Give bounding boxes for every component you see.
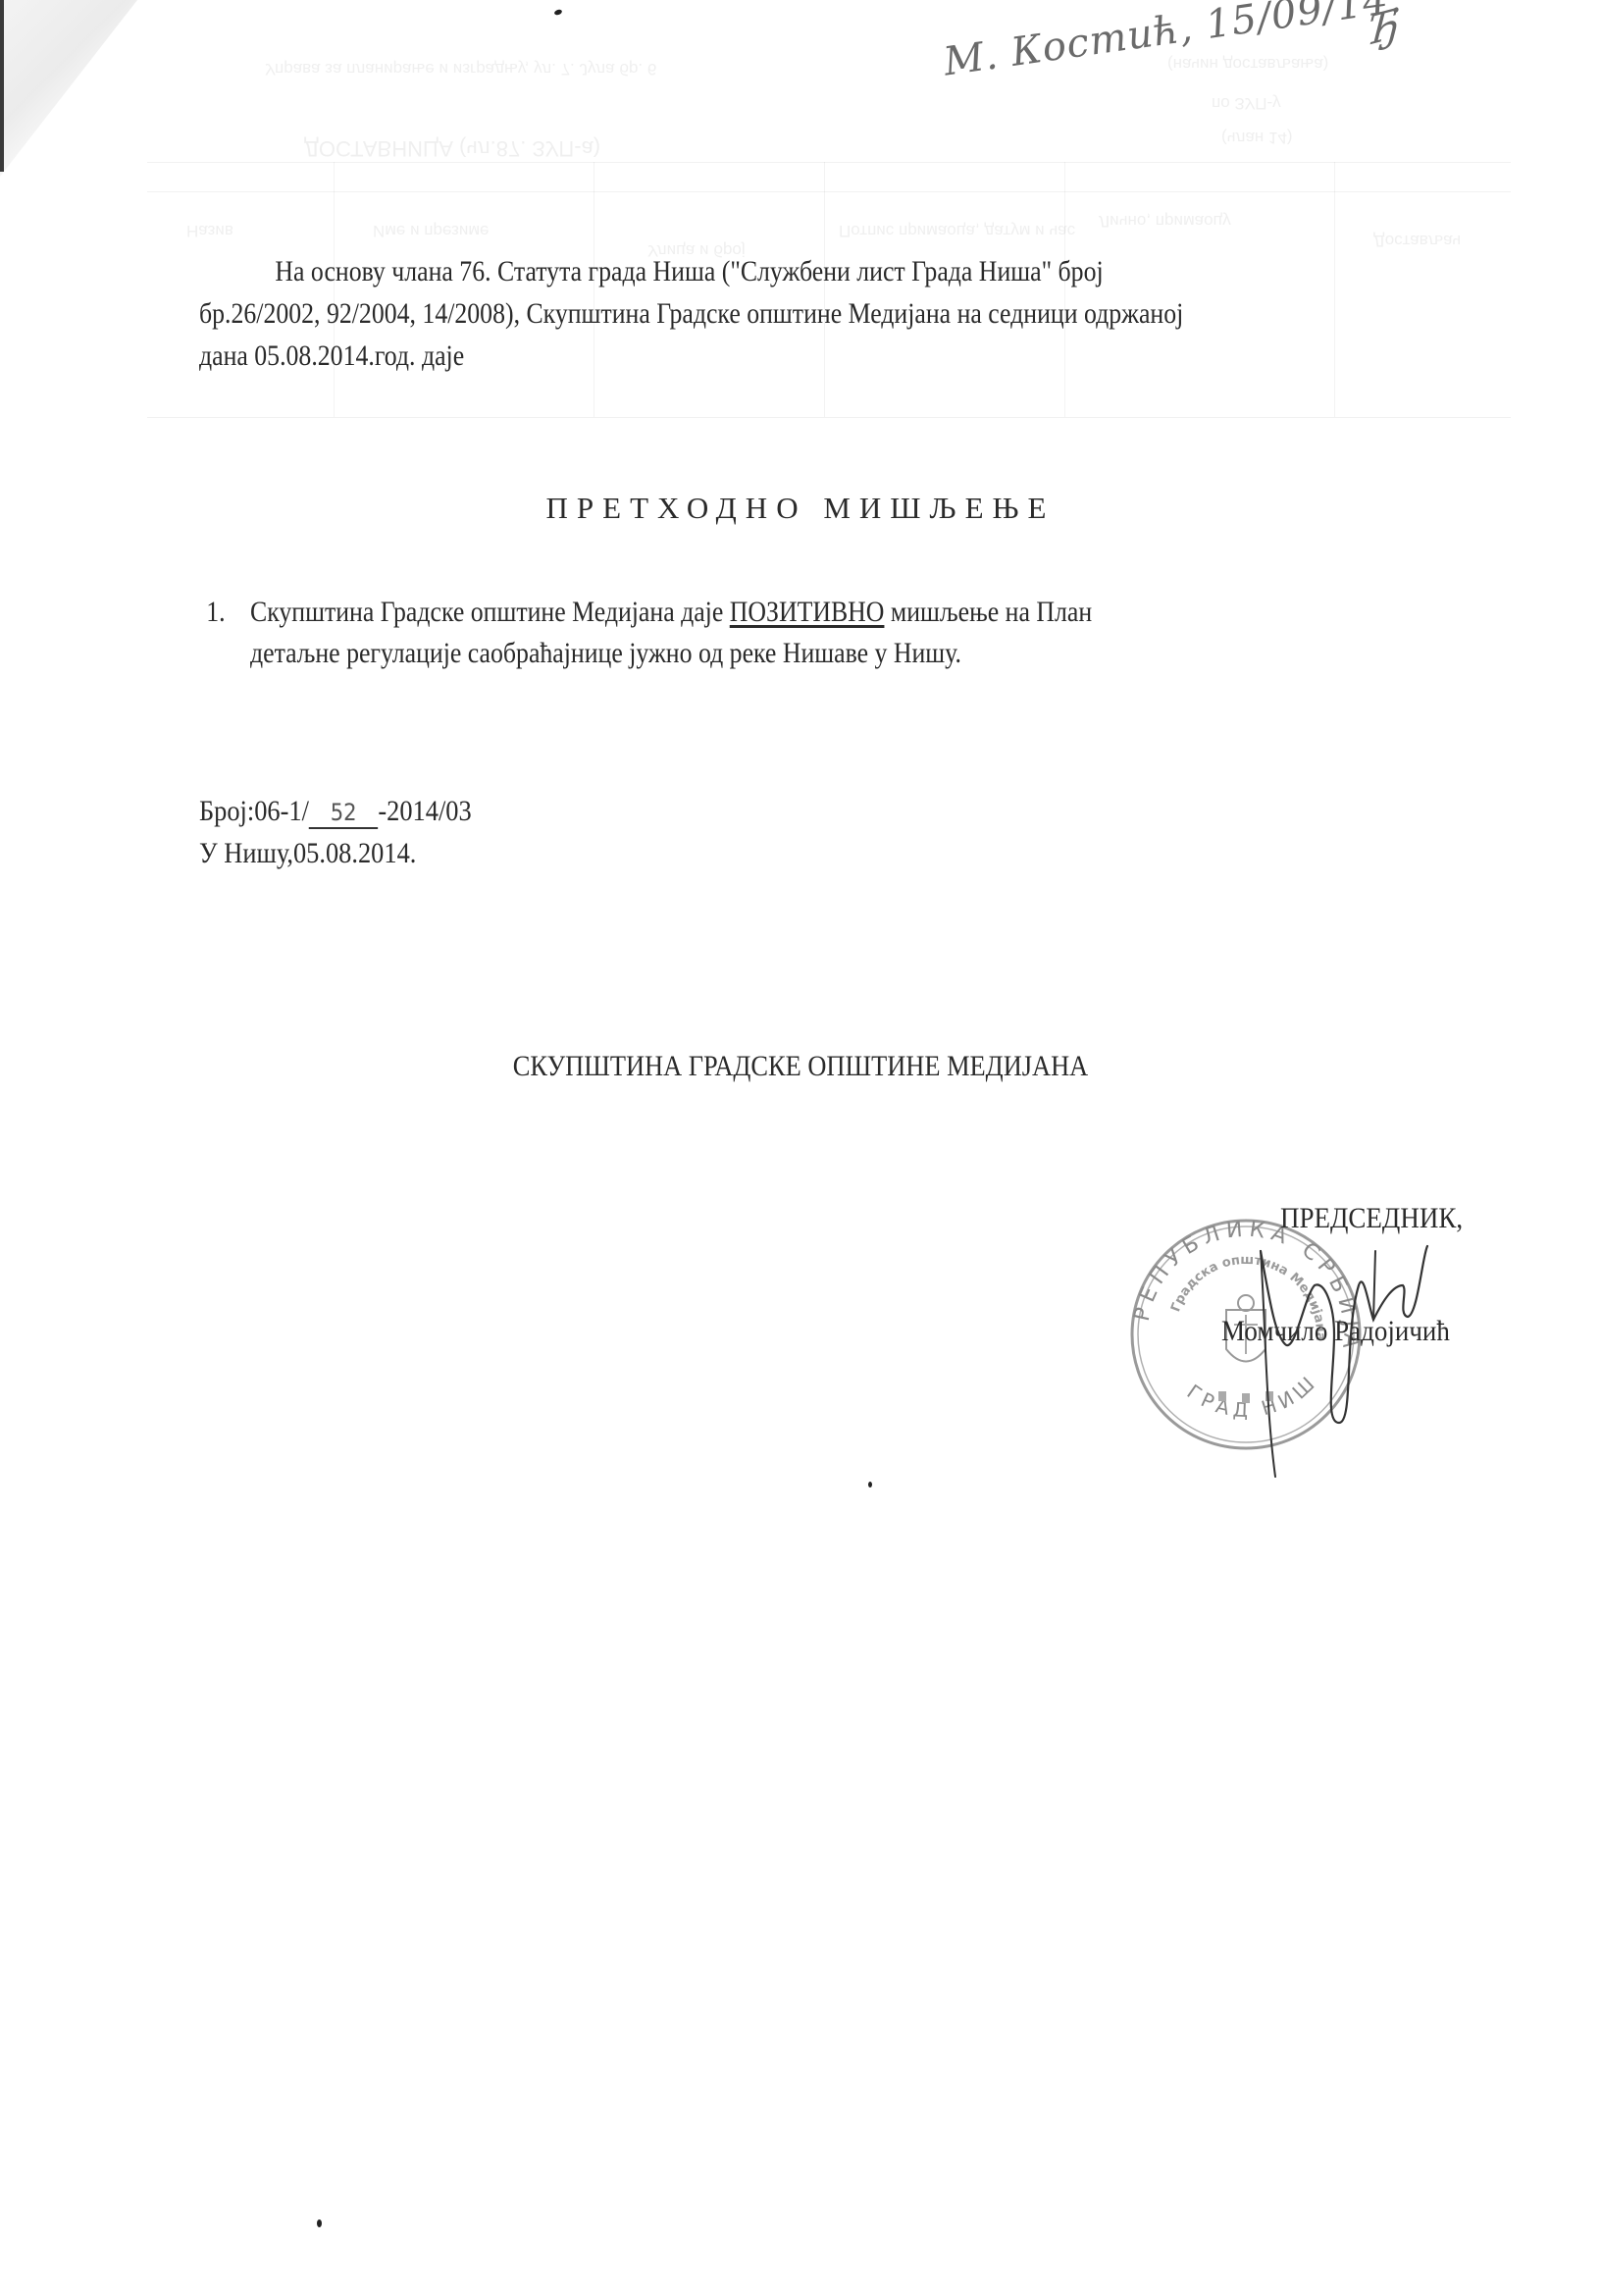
item-line-2: детаљне регулације саобраћајнице јужно о… (250, 633, 1516, 674)
scan-speck (553, 9, 562, 16)
bleed-right-header: по ЗУП-у (1212, 93, 1281, 113)
intro-paragraph: На основу члана 76. Статута града Ниша (… (199, 250, 1498, 377)
item-emphasis: ПОЗИТИВНО (730, 596, 885, 628)
reference-block: Број:06-1/52-2014/03 У Нишу,05.08.2014. (199, 790, 472, 874)
item-number: 1. (206, 592, 225, 633)
bleed-form-title: ДОСТАВНИЦА (чл.87. ЗУП-а) (304, 135, 600, 161)
scan-speck (317, 2219, 322, 2227)
reference-suffix: -2014/03 (378, 795, 471, 827)
bleed-header-line: Управа за планирање и изградњу, ул. 7. Ј… (265, 59, 656, 78)
item-text: Скупштина Градске општине Медијана даје (250, 596, 730, 628)
scan-edge-shadow (0, 0, 4, 172)
item-text: мишљење на План (884, 596, 1092, 628)
place-date: У Нишу,05.08.2014. (199, 832, 472, 874)
bleed-column: Име и презиме (373, 221, 489, 240)
intro-line: На основу члана 76. Статута града Ниша (… (199, 250, 1498, 292)
bleed-column: Потпис примаоца, датум и час (839, 221, 1075, 240)
handwritten-reference-number: 52 (309, 798, 378, 829)
item-line-1: Скупштина Градске општине Медијана даје … (250, 592, 1516, 633)
handwritten-signature-icon (1236, 1226, 1560, 1482)
scan-speck (868, 1482, 872, 1487)
opinion-item: 1. Скупштина Градске општине Медијана да… (250, 592, 1516, 674)
bleed-table-line (147, 162, 1511, 163)
reference-number: Број:06-1/52-2014/03 (199, 790, 472, 832)
bleed-right-header: (члан 14) (1221, 128, 1293, 147)
handwritten-initials: Ђ (1367, 0, 1401, 56)
bleed-table-line (147, 191, 1511, 192)
reference-prefix: Број:06-1/ (199, 795, 309, 827)
intro-line: бр.26/2002, 92/2004, 14/2008), Скупштина… (199, 292, 1498, 335)
bleed-column: Назив (186, 221, 233, 240)
bleed-table-line (147, 417, 1511, 418)
bleed-column: Достављач (1373, 231, 1461, 250)
document-title: ПРЕТХОДНО МИШЉЕЊЕ (0, 491, 1601, 526)
organization-name: СКУПШТИНА ГРАДСКЕ ОПШТИНЕ МЕДИЈАНА (96, 1050, 1505, 1083)
scan-corner-fold (0, 0, 137, 177)
bleed-right-header: (начин достављања) (1167, 54, 1328, 74)
bleed-column: Лично, примаоцу (1099, 211, 1231, 231)
intro-line: дана 05.08.2014.год. даје (199, 335, 1498, 377)
